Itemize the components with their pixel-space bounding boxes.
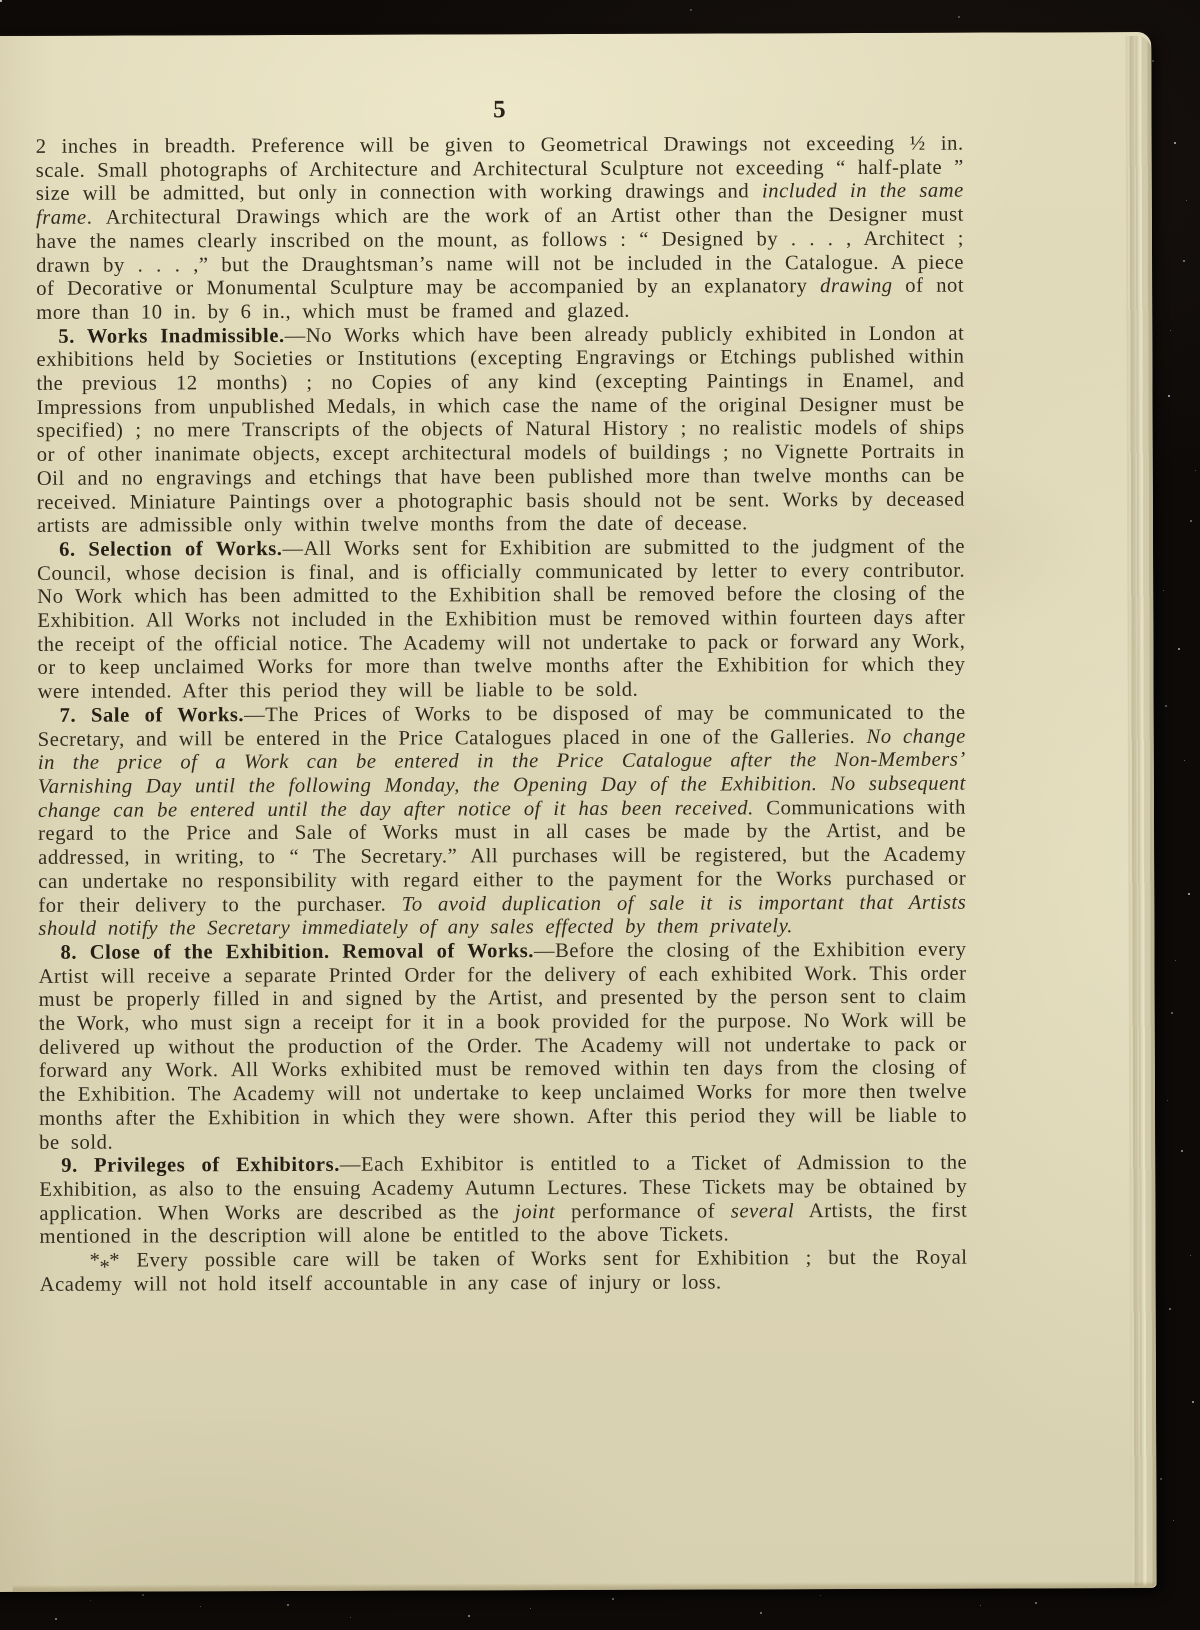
paragraph-rule-9-privileges-of-exhibitors: 9. Privileges of Exhibitors.—Each Exhibi… xyxy=(39,1152,967,1250)
page-stack-edge-right xyxy=(1125,36,1156,1586)
page-stack-edge-bottom xyxy=(13,1581,1155,1592)
paragraph-architectural-drawings-continuation: 2 inches in breadth. Preference will be … xyxy=(36,133,965,326)
book-page: 5 2 inches in breadth. Preference will b… xyxy=(0,32,1157,1592)
paragraph-rule-5-works-inadmissible: 5. Works Inadmissible.—No Works which ha… xyxy=(36,322,965,539)
page-number: 5 xyxy=(36,95,964,126)
paragraph-rule-8-close-of-exhibition: 8. Close of the Exhibition. Removal of W… xyxy=(38,939,967,1156)
page-text: 2 inches in breadth. Preference will be … xyxy=(36,133,968,1298)
paragraph-footnote-care-of-works: *** Every possible care will be taken of… xyxy=(40,1247,968,1298)
paragraph-rule-6-selection-of-works: 6. Selection of Works.—All Works sent fo… xyxy=(37,536,966,705)
paragraph-rule-7-sale-of-works: 7. Sale of Works.—The Prices of Works to… xyxy=(38,701,967,941)
scanned-book-photo: 5 2 inches in breadth. Preference will b… xyxy=(0,0,1200,1630)
